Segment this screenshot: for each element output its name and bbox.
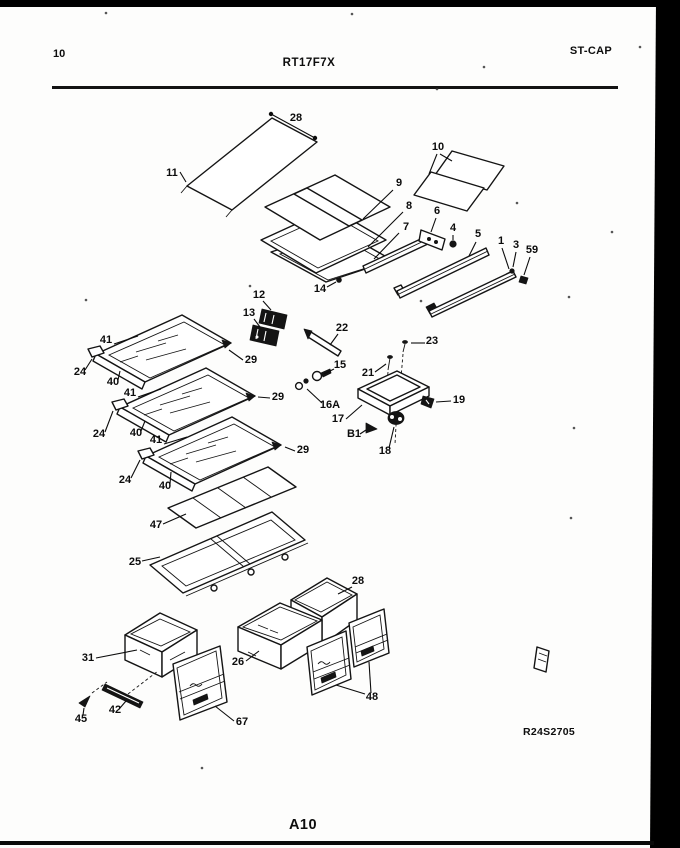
callout-label-8: 8	[406, 200, 412, 212]
callout-label-59: 59	[526, 244, 538, 256]
callout-leader	[431, 218, 436, 232]
part-b1	[366, 423, 377, 433]
callout-label-31: 31	[82, 652, 94, 664]
callout-label-40: 40	[159, 480, 171, 492]
callout-label-11: 11	[166, 167, 178, 179]
scan-speck	[516, 202, 519, 205]
scan-border-bottom	[0, 841, 654, 845]
callout-leader	[180, 172, 186, 182]
bulb-15	[313, 372, 322, 381]
scan-speck	[639, 46, 642, 49]
callout-leader	[105, 411, 113, 432]
callout-label-48: 48	[366, 691, 378, 703]
control-console-assembly	[296, 329, 434, 444]
callout-leader	[429, 154, 437, 174]
callout-label-9: 9	[396, 177, 402, 189]
scan-speck	[568, 296, 571, 299]
callout-label-40: 40	[130, 427, 142, 439]
dimension-dot	[313, 136, 317, 140]
callout-leader	[513, 252, 516, 267]
small-bracket	[534, 647, 549, 672]
callout-leader	[327, 282, 336, 287]
exploded-parts-diagram: 2811987141064513591213412440294124402941…	[0, 0, 680, 848]
scan-speck	[573, 427, 576, 430]
screw-23	[403, 341, 408, 344]
scan-speck	[85, 299, 88, 302]
callout-label-16A: 16A	[320, 399, 340, 411]
ice-cube-trays	[414, 151, 504, 211]
scan-speck	[420, 300, 423, 303]
callout-label-25: 25	[129, 556, 141, 568]
callout-label-B1: B1	[347, 428, 361, 440]
callout-label-23: 23	[426, 335, 438, 347]
rod-22	[308, 332, 341, 356]
callout-label-14: 14	[314, 283, 327, 295]
callout-label-67: 67	[236, 716, 248, 728]
callout-label-6: 6	[434, 205, 440, 217]
callout-leader	[346, 405, 362, 419]
callout-label-29: 29	[297, 444, 309, 456]
callout-leader	[336, 685, 365, 694]
callout-leader	[215, 706, 234, 721]
callout-leader	[263, 301, 271, 310]
callout-label-21: 21	[362, 367, 374, 379]
callout-leader	[524, 257, 530, 275]
scan-speck	[436, 88, 439, 91]
callout-leader	[330, 334, 338, 345]
callout-label-24: 24	[74, 366, 87, 378]
callout-label-5: 5	[475, 228, 481, 240]
callout-label-17: 17	[332, 413, 344, 425]
callout-label-19: 19	[453, 394, 465, 406]
footer-page-label: A10	[0, 817, 606, 833]
callout-label-15: 15	[334, 359, 346, 371]
screw-14	[337, 278, 342, 283]
grommet-4	[450, 241, 456, 247]
callout-label-4: 4	[450, 222, 457, 234]
callout-label-12: 12	[253, 289, 265, 301]
callout-label-45: 45	[75, 713, 87, 725]
callout-leader	[502, 248, 509, 269]
callout-leader	[375, 364, 386, 372]
callout-label-40: 40	[107, 376, 119, 388]
screw-45	[79, 696, 90, 707]
diagram-code: R24S2705	[523, 726, 575, 738]
scan-border-right	[650, 0, 680, 848]
scan-speck	[570, 517, 573, 520]
callout-label-10: 10	[432, 141, 444, 153]
callout-leader	[436, 401, 451, 402]
callout-label-29: 29	[272, 391, 284, 403]
callout-label-28: 28	[290, 112, 302, 124]
scan-speck	[105, 12, 108, 15]
callout-leader	[285, 447, 295, 451]
callout-label-7: 7	[403, 221, 409, 233]
scan-speck	[249, 285, 252, 288]
callout-label-29: 29	[245, 354, 257, 366]
clip-59	[519, 276, 528, 284]
callout-label-41: 41	[100, 334, 112, 346]
callout-label-47: 47	[150, 519, 162, 531]
callout-label-24: 24	[93, 428, 106, 440]
bead-16a	[296, 383, 303, 390]
catalog-page: 10 RT17F7X ST-CAP	[0, 0, 680, 848]
callout-label-22: 22	[336, 322, 348, 334]
callout-label-3: 3	[513, 239, 519, 251]
callout-label-41: 41	[124, 387, 136, 399]
callout-label-26: 26	[232, 656, 244, 668]
bin-rail-42	[79, 671, 158, 708]
callout-leader	[142, 557, 160, 561]
callout-label-13: 13	[243, 307, 255, 319]
callout-label-18: 18	[379, 445, 391, 457]
callout-label-1: 1	[498, 235, 504, 247]
breaker-blocks	[250, 309, 287, 346]
callout-leader	[368, 212, 403, 247]
callout-label-24: 24	[119, 474, 132, 486]
scan-speck	[351, 13, 354, 16]
callout-label-41: 41	[150, 434, 162, 446]
callout-leader	[258, 397, 270, 398]
callout-leader	[131, 460, 140, 478]
callout-leader	[369, 662, 371, 693]
callout-label-42: 42	[109, 704, 121, 716]
scan-speck	[201, 767, 204, 770]
scan-speck	[611, 231, 614, 234]
callout-label-28: 28	[352, 575, 364, 587]
callout-leader	[229, 350, 243, 360]
dimension-dot	[269, 112, 273, 116]
pan-frame-25	[150, 512, 308, 596]
scan-speck	[483, 66, 486, 69]
